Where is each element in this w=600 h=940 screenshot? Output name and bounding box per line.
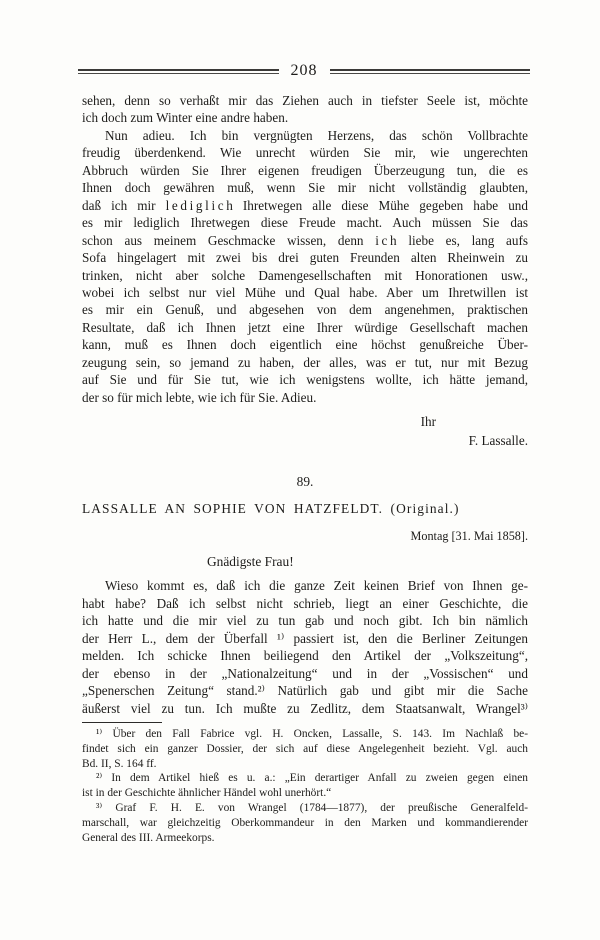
- text-line: auf Sie und für Sie tut, wie ich wenigst…: [82, 371, 528, 388]
- footnote-separator-rule: [82, 722, 162, 723]
- text-line: trinken, nicht aber solche Damengesellsc…: [82, 267, 528, 284]
- book-page: 208 sehen, denn so verhaßt mir das Ziehe…: [0, 0, 600, 940]
- text-line: ¹⁾ Über den Fall Fabrice vgl. H. Oncken,…: [82, 727, 528, 742]
- text-line: ist in der Geschichte ähnlicher Händel w…: [82, 786, 528, 801]
- page-number: 208: [291, 62, 318, 80]
- text-line: Ihnen doch gewähren muß, wenn Sie mir ni…: [82, 179, 528, 196]
- text-line: ich hatte und die mir viel zu tun gab un…: [82, 612, 528, 629]
- text-line: kann, muß es Ihnen doch eigentlich eine …: [82, 336, 528, 353]
- text-line: Nun adieu. Ich bin vergnügten Herzens, d…: [82, 127, 528, 144]
- text-line: wobei ich selbst nur viel Mühe und Qual …: [82, 284, 528, 301]
- section-heading: LASSALLE AN SOPHIE VON HATZFELDT. (Origi…: [82, 500, 528, 518]
- text-line: General des III. Armeekorps.: [82, 831, 528, 846]
- text-line: sehen, denn so verhaßt mir das Ziehen au…: [82, 92, 528, 109]
- header-rule-left: [78, 69, 279, 74]
- footnotes: ¹⁾ Über den Fall Fabrice vgl. H. Oncken,…: [82, 727, 528, 845]
- text-line: der ebenso in der „Nationalzeitung“ und …: [82, 665, 528, 682]
- text-line: es mir ein Genuß, und abgesehen von dem …: [82, 301, 528, 318]
- running-head: 208: [78, 62, 530, 80]
- text-line: zeugung sein, so jemand zu haben, der al…: [82, 354, 528, 371]
- text-line: marschall, war gleichzeitig Oberkommande…: [82, 816, 528, 831]
- letter-88-continuation: sehen, denn so verhaßt mir das Ziehen au…: [82, 92, 528, 406]
- text-line: ich doch zum Winter eine andre haben.: [82, 109, 528, 126]
- text-line: Wieso kommt es, daß ich die ganze Zeit k…: [82, 577, 528, 594]
- text-line: ²⁾ In dem Artikel hieß es u. a.: „Ein de…: [82, 771, 528, 786]
- text-line: Abbruch würden Sie Ihrer eigenen freudig…: [82, 162, 528, 179]
- text-line: es mir lediglich Ihretwegen diese Freude…: [82, 214, 528, 231]
- letter-date: Montag [31. Mai 1858].: [82, 528, 528, 545]
- header-rule-right: [330, 69, 531, 74]
- text-line: habt habe? Daß ich selbst nicht schrieb,…: [82, 595, 528, 612]
- text-line: „Spenerschen Zeitung“ stand.²⁾ Natürlich…: [82, 682, 528, 699]
- signature-name: F. Lassalle.: [82, 432, 528, 449]
- text-line: melden. Ich schicke Ihnen beiliegend den…: [82, 647, 528, 664]
- text-line: freudig überdenkend. Wie unrecht würden …: [82, 144, 528, 161]
- text-line: ³⁾ Graf F. H. E. von Wrangel (1784—1877)…: [82, 801, 528, 816]
- text-line: der so für mich lebte, wie ich für Sie. …: [82, 389, 528, 406]
- text-line: Sofa hingelagert mit zwei bis drei guten…: [82, 249, 528, 266]
- text-line: der Herr L., dem der Überfall ¹⁾ passier…: [82, 630, 528, 647]
- signoff-ihr: Ihr: [82, 413, 528, 430]
- text-line: Resultate, daß ich Ihnen jetzt eine Ihre…: [82, 319, 528, 336]
- text-column: sehen, denn so verhaßt mir das Ziehen au…: [82, 92, 528, 845]
- letter-89-body: Wieso kommt es, daß ich die ganze Zeit k…: [82, 577, 528, 717]
- section-number: 89.: [82, 473, 528, 490]
- salutation: Gnädigste Frau!: [82, 553, 528, 570]
- text-line: Bd. II, S. 164 ff.: [82, 757, 528, 772]
- text-line: findet sich ein ganzer Dossier, der sich…: [82, 742, 528, 757]
- text-line: äußerst viel zu tun. Ich mußte zu Zedlit…: [82, 700, 528, 717]
- text-line: daß ich mir l e d i g l i c h Ihretwegen…: [82, 197, 528, 214]
- text-line: schon aus meinem Geschmacke wissen, denn…: [82, 232, 528, 249]
